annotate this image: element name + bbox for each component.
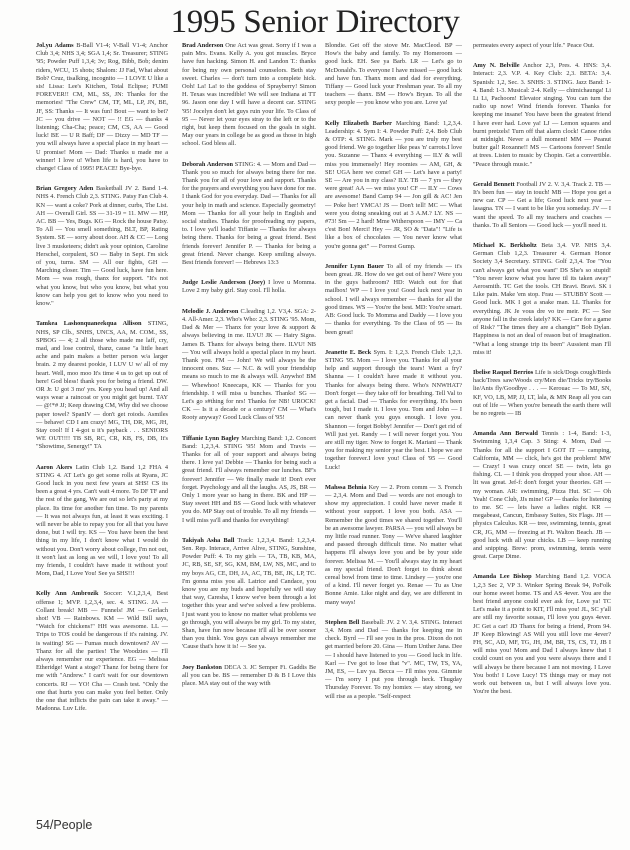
- senior-bio: Tennis : 1-4, Band: 1-3, Swimming 1,3,4 …: [473, 430, 611, 560]
- senior-name: Takiyah Asha Ball: [182, 537, 234, 544]
- senior-bio: C.leading 1,2. V3,4. SGA: 2-4. All-Amer.…: [182, 308, 316, 422]
- senior-entry: Gerald Bennett Football JV 2. V. 3,4. Tr…: [473, 181, 611, 230]
- senior-entry: Kelly Ann Ambrozik Soccer: V.1,2,3,4, Be…: [36, 590, 168, 713]
- senior-name: Brad Anderson: [182, 42, 223, 49]
- senior-bio: Sym. I: 1,2,3. French Club: 1,2,3. STING…: [325, 349, 462, 471]
- senior-bio: STING: 4. — Mom and Dad — Thank you so m…: [182, 161, 316, 266]
- senior-bio: Marching Band: 1,2,3,4. Leadership: 4. S…: [325, 120, 462, 250]
- senior-entry: Tamkea Lashonquaneekqua Allison STING, N…: [36, 320, 168, 451]
- senior-entry: Aaron Akers Latin Club 1,2. Band 1,2 FHA…: [36, 464, 168, 579]
- senior-bio: Anchor 2,3, Pres. 4. HNS: 3,4. Interact:…: [473, 62, 611, 167]
- senior-name: Tamkea Lashonquaneekqua Allison: [36, 320, 142, 327]
- senior-bio: Marching Band 1,2. VOCA 1,2,3 Sec 2, VP …: [473, 573, 611, 695]
- column-2: Brad Anderson One Act was great. Sorry i…: [182, 42, 316, 812]
- senior-name: Amy N. Belville: [473, 62, 520, 69]
- senior-entry: Joey Bankston DECA 3. JC Semper Fi. Gadd…: [182, 664, 316, 689]
- senior-bio: B-Ball V1-4; V-Ball V1-4; Anchor Club 3,…: [36, 42, 168, 172]
- continued-entry-text: Blondie. Get off the stove Mr. MacCleod.…: [325, 42, 462, 108]
- column-4: permeates every aspect of your life." Pe…: [473, 42, 611, 812]
- senior-name: Brian Gregory Aden: [36, 185, 93, 192]
- senior-entry: Mahssa Behnia Key — 2. Prom comm — 3. Fr…: [325, 484, 462, 607]
- senior-name: Melodie J. Anderson: [182, 308, 238, 315]
- senior-name: Jennifer Lynn Bauer: [325, 263, 384, 270]
- senior-entry: Brad Anderson One Act was great. Sorry i…: [182, 42, 316, 149]
- senior-name: Stephen Bell: [325, 619, 359, 626]
- senior-name: Kelly Ann Ambrozik: [36, 590, 99, 597]
- senior-bio: Track: 1,2,3,4. Band: 1,2,3,4. Sen. Rep.…: [182, 537, 316, 651]
- senior-name: Tiffanie Lynn Bagley: [182, 435, 239, 442]
- page-folio: 54/People: [36, 818, 92, 832]
- senior-entry: Stephen Bell Baseball: JV. 2 V. 3,4. STI…: [325, 619, 462, 701]
- senior-bio: Key — 2. Prom comm — 3. French — 2,3,4. …: [325, 484, 462, 606]
- senior-entry: Brian Gregory Aden Basketball JV 2. Band…: [36, 185, 168, 308]
- senior-name: Ibelise Raquel Berrios: [473, 369, 533, 376]
- senior-entry: Michael K. Berkholtz Beta 3,4. VP. NHS 3…: [473, 242, 611, 357]
- senior-bio: Beta 3,4. VP. NHS 3,4. German Club 1,2,3…: [473, 242, 611, 356]
- page-title: 1995 Senior Directory: [0, 4, 630, 41]
- senior-name: Aaron Akers: [36, 464, 72, 471]
- senior-name: Gerald Bennett: [473, 181, 515, 188]
- senior-name: Jol.yu Adams: [36, 42, 74, 49]
- senior-bio: One Act was great. Sorry if I was a pain…: [182, 42, 316, 147]
- senior-bio: Life is sick/Dogs cough/Birds hack/Trees…: [473, 369, 611, 417]
- senior-name: Joey Bankston: [182, 664, 222, 671]
- senior-bio: Baseball: JV. 2 V. 3,4. STING. Interact …: [325, 619, 462, 700]
- senior-entry: Melodie J. Anderson C.leading 1,2. V3,4.…: [182, 308, 316, 423]
- senior-name: Mahssa Behnia: [325, 484, 367, 491]
- senior-entry: Jennifer Lynn Bauer To all of my friends…: [325, 263, 462, 337]
- senior-entry: Takiyah Asha Ball Track: 1,2,3,4. Band: …: [182, 537, 316, 652]
- senior-bio: Marching Band: 1,2. Concert Band: 1,2,3,…: [182, 435, 316, 524]
- senior-name: Michael K. Berkholtz: [473, 242, 537, 249]
- senior-name: Judge Leslie Anderson (Joey): [182, 279, 265, 286]
- senior-entry: Amy N. Belville Anchor 2,3, Pres. 4. HNS…: [473, 62, 611, 169]
- senior-entry: Amanda Lee Bishop Marching Band 1,2. VOC…: [473, 573, 611, 696]
- senior-name: Deborah Anderson: [182, 161, 233, 168]
- yearbook-page: 1995 Senior Directory Jol.yu Adams B-Bal…: [0, 0, 630, 850]
- senior-entry: Deborah Anderson STING: 4. — Mom and Dad…: [182, 161, 316, 268]
- senior-bio: Basketball JV 2. Band 1-4. NHS 4. French…: [36, 185, 168, 307]
- senior-bio: Football JV 2. V. 3,4. Track 2. TB — It'…: [473, 181, 611, 229]
- senior-entry: Amanda Ann Berwald Tennis : 1-4, Band: 1…: [473, 430, 611, 561]
- senior-entry: Jeanette E. Beck Sym. I: 1,2,3. French C…: [325, 349, 462, 472]
- senior-bio: STING, NHS, SP Clb., SNHS, UNCS, AA, M. …: [36, 320, 168, 450]
- senior-name: Jeanette E. Beck: [325, 349, 371, 356]
- senior-entry: Tiffanie Lynn Bagley Marching Band: 1,2.…: [182, 435, 316, 525]
- senior-bio: Soccer: V.1,2,3,4, Best offense 1; MVP. …: [36, 590, 168, 712]
- column-3: Blondie. Get off the stove Mr. MacCleod.…: [325, 42, 462, 812]
- senior-name: Kelly Elizabeth Barber: [325, 120, 392, 127]
- continued-entry-text: permeates every aspect of your life." Pe…: [473, 42, 611, 50]
- senior-name: Amanda Ann Berwald: [473, 430, 538, 437]
- senior-entry: Jol.yu Adams B-Ball V1-4; V-Ball V1-4; A…: [36, 42, 168, 173]
- senior-entry: Kelly Elizabeth Barber Marching Band: 1,…: [325, 120, 462, 251]
- senior-bio: Latin Club 1,2. Band 1,2 FHA 4 STING 4. …: [36, 464, 168, 578]
- column-1: Jol.yu Adams B-Ball V1-4; V-Ball V1-4; A…: [36, 42, 168, 812]
- directory-columns: Jol.yu Adams B-Ball V1-4; V-Ball V1-4; A…: [36, 42, 618, 802]
- senior-entry: Judge Leslie Anderson (Joey) I love u Mo…: [182, 279, 316, 295]
- senior-entry: Ibelise Raquel Berrios Life is sick/Dogs…: [473, 369, 611, 418]
- senior-name: Amanda Lee Bishop: [473, 573, 532, 580]
- senior-bio: To all of my friends — it's been great. …: [325, 263, 462, 336]
